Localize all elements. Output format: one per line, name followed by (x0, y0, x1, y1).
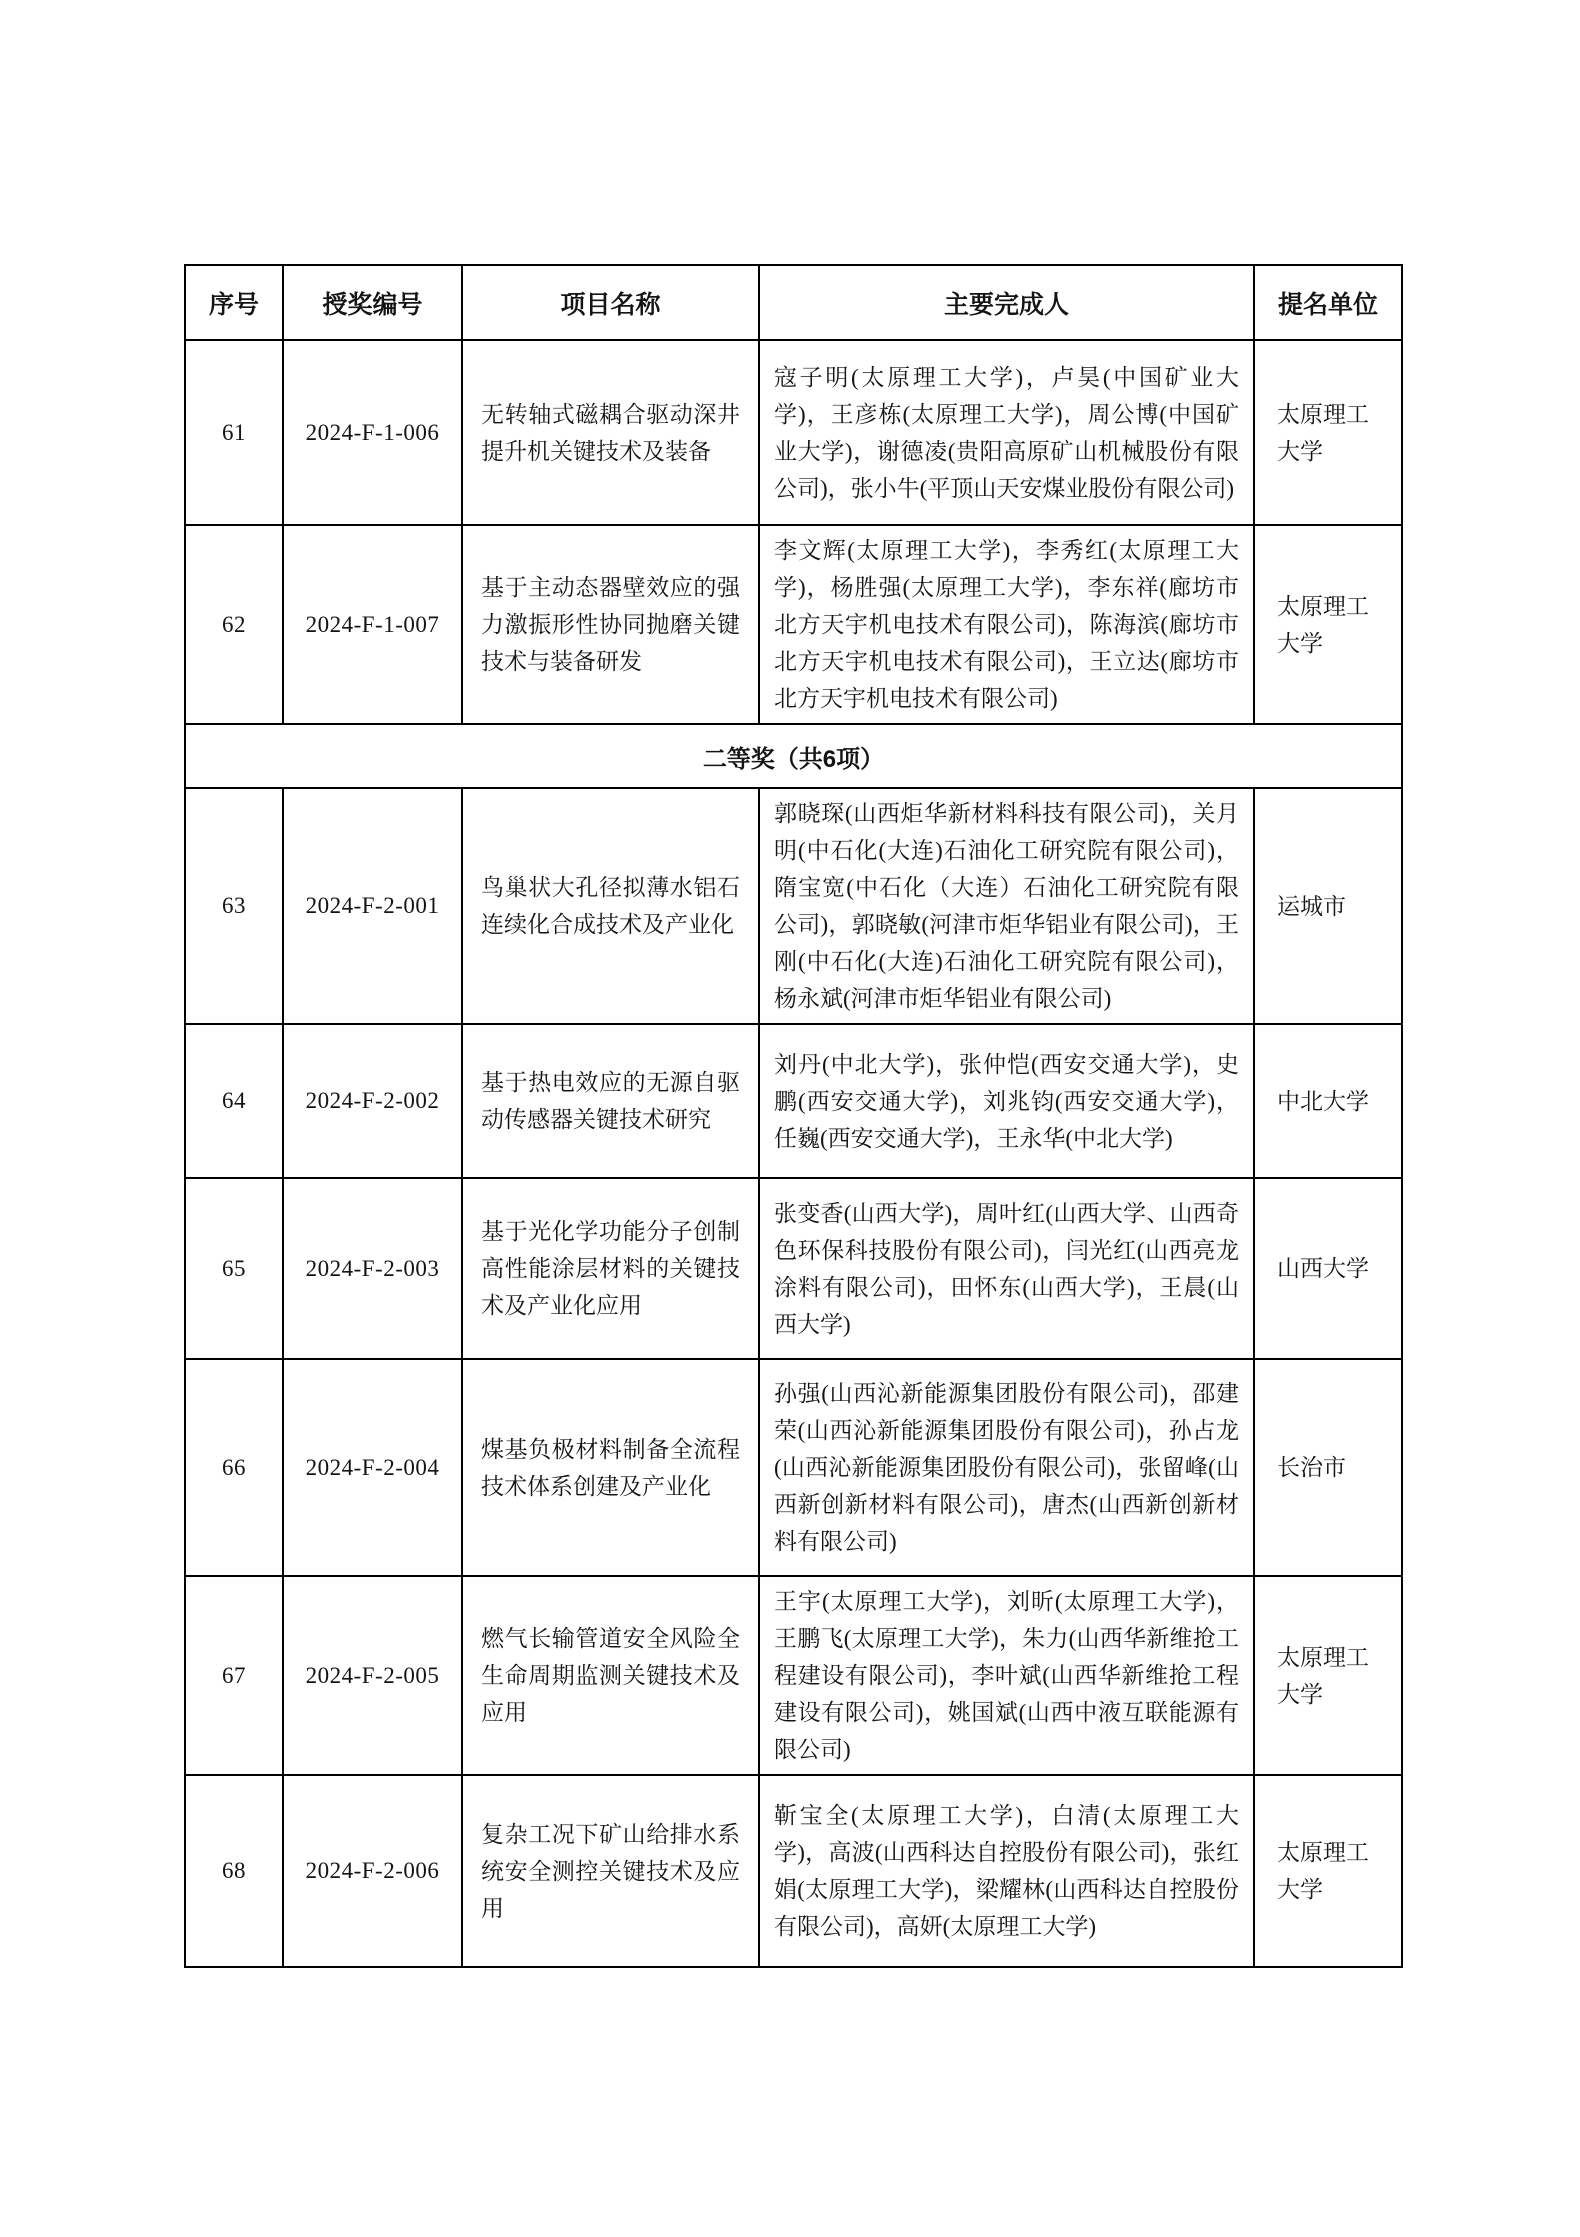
table-row: 652024-F-2-003基于光化学功能分子创制高性能涂层材料的关键技术及产业… (185, 1178, 1402, 1359)
award-code: 2024-F-1-006 (283, 340, 462, 525)
serial-number: 65 (185, 1178, 283, 1359)
column-header: 序号 (185, 265, 283, 340)
column-header: 主要完成人 (759, 265, 1254, 340)
nominating-unit: 山西大学 (1254, 1178, 1402, 1359)
nominating-unit: 中北大学 (1254, 1024, 1402, 1178)
serial-number: 62 (185, 525, 283, 724)
award-code: 2024-F-1-007 (283, 525, 462, 724)
column-header: 项目名称 (462, 265, 759, 340)
table-row: 632024-F-2-001鸟巢状大孔径拟薄水铝石连续化合成技术及产业化郭晓琛(… (185, 788, 1402, 1024)
table-row: 642024-F-2-002基于热电效应的无源自驱动传感器关键技术研究刘丹(中北… (185, 1024, 1402, 1178)
project-title: 无转轴式磁耦合驱动深井提升机关键技术及装备 (462, 340, 759, 525)
column-header: 授奖编号 (283, 265, 462, 340)
nominating-unit: 太原理工大学 (1254, 340, 1402, 525)
project-title: 复杂工况下矿山给排水系统安全测控关键技术及应用 (462, 1775, 759, 1967)
nominating-unit: 太原理工大学 (1254, 1775, 1402, 1967)
section-row: 二等奖（共6项） (185, 724, 1402, 788)
award-table: 序号授奖编号项目名称主要完成人提名单位 612024-F-1-006无转轴式磁耦… (184, 264, 1403, 1968)
award-code: 2024-F-2-004 (283, 1359, 462, 1576)
project-title: 燃气长输管道安全风险全生命周期监测关键技术及应用 (462, 1576, 759, 1775)
header-row: 序号授奖编号项目名称主要完成人提名单位 (185, 265, 1402, 340)
nominating-unit: 太原理工大学 (1254, 525, 1402, 724)
serial-number: 68 (185, 1775, 283, 1967)
project-title: 鸟巢状大孔径拟薄水铝石连续化合成技术及产业化 (462, 788, 759, 1024)
table-row: 662024-F-2-004煤基负极材料制备全流程技术体系创建及产业化孙强(山西… (185, 1359, 1402, 1576)
award-table-body: 612024-F-1-006无转轴式磁耦合驱动深井提升机关键技术及装备寇子明(太… (185, 340, 1402, 1967)
table-row: 672024-F-2-005燃气长输管道安全风险全生命周期监测关键技术及应用王宇… (185, 1576, 1402, 1775)
main-contributors: 寇子明(太原理工大学)，卢昊(中国矿业大学)，王彦栋(太原理工大学)，周公博(中… (759, 340, 1254, 525)
nominating-unit: 太原理工大学 (1254, 1576, 1402, 1775)
main-contributors: 靳宝全(太原理工大学)，白清(太原理工大学)，高波(山西科达自控股份有限公司)，… (759, 1775, 1254, 1967)
main-contributors: 王宇(太原理工大学)，刘昕(太原理工大学)，王鹏飞(太原理工大学)，朱力(山西华… (759, 1576, 1254, 1775)
table-row: 622024-F-1-007基于主动态器壁效应的强力激振形性协同抛磨关键技术与装… (185, 525, 1402, 724)
table-row: 612024-F-1-006无转轴式磁耦合驱动深井提升机关键技术及装备寇子明(太… (185, 340, 1402, 525)
serial-number: 61 (185, 340, 283, 525)
award-code: 2024-F-2-003 (283, 1178, 462, 1359)
serial-number: 64 (185, 1024, 283, 1178)
nominating-unit: 运城市 (1254, 788, 1402, 1024)
main-contributors: 刘丹(中北大学)，张仲恺(西安交通大学)，史鹏(西安交通大学)，刘兆钧(西安交通… (759, 1024, 1254, 1178)
section-heading: 二等奖（共6项） (185, 724, 1402, 788)
main-contributors: 张变香(山西大学)，周叶红(山西大学、山西奇色环保科技股份有限公司)，闫光红(山… (759, 1178, 1254, 1359)
main-contributors: 孙强(山西沁新能源集团股份有限公司)，邵建荣(山西沁新能源集团股份有限公司)，孙… (759, 1359, 1254, 1576)
project-title: 基于主动态器壁效应的强力激振形性协同抛磨关键技术与装备研发 (462, 525, 759, 724)
serial-number: 66 (185, 1359, 283, 1576)
column-header: 提名单位 (1254, 265, 1402, 340)
nominating-unit: 长治市 (1254, 1359, 1402, 1576)
project-title: 基于光化学功能分子创制高性能涂层材料的关键技术及产业化应用 (462, 1178, 759, 1359)
award-code: 2024-F-2-006 (283, 1775, 462, 1967)
table-row: 682024-F-2-006复杂工况下矿山给排水系统安全测控关键技术及应用靳宝全… (185, 1775, 1402, 1967)
main-contributors: 李文辉(太原理工大学)，李秀红(太原理工大学)，杨胜强(太原理工大学)，李东祥(… (759, 525, 1254, 724)
document-page: 序号授奖编号项目名称主要完成人提名单位 612024-F-1-006无转轴式磁耦… (0, 0, 1580, 2237)
award-code: 2024-F-2-005 (283, 1576, 462, 1775)
serial-number: 67 (185, 1576, 283, 1775)
award-table-header: 序号授奖编号项目名称主要完成人提名单位 (185, 265, 1402, 340)
award-code: 2024-F-2-002 (283, 1024, 462, 1178)
main-contributors: 郭晓琛(山西炬华新材料科技有限公司)，关月明(中石化(大连)石油化工研究院有限公… (759, 788, 1254, 1024)
project-title: 基于热电效应的无源自驱动传感器关键技术研究 (462, 1024, 759, 1178)
award-code: 2024-F-2-001 (283, 788, 462, 1024)
project-title: 煤基负极材料制备全流程技术体系创建及产业化 (462, 1359, 759, 1576)
serial-number: 63 (185, 788, 283, 1024)
